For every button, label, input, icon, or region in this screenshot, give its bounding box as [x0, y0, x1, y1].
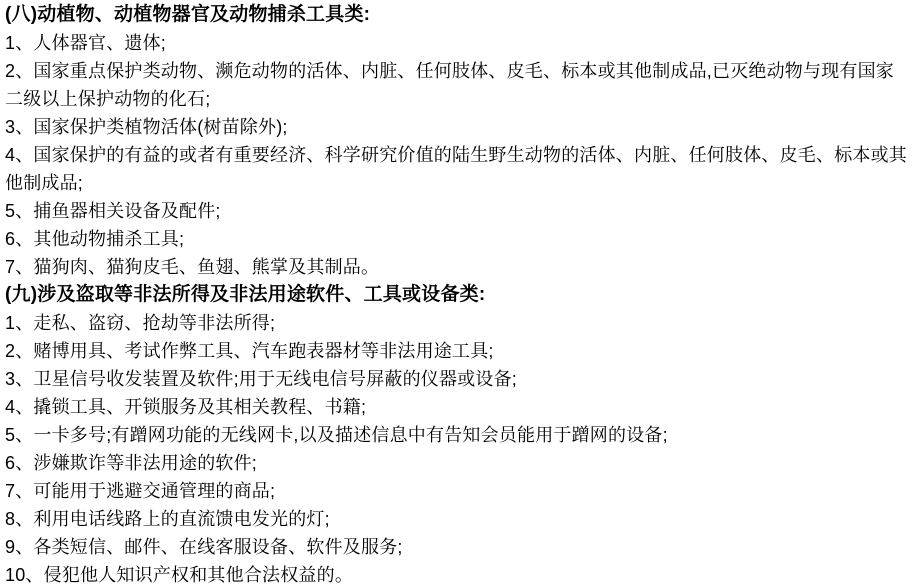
list-item-8-1: 1、人体器官、遗体; — [5, 29, 911, 57]
rules-document: (八)动植物、动植物器官及动物捕杀工具类: 1、人体器官、遗体; 2、国家重点保… — [0, 0, 919, 588]
list-item-8-2-cont: 二级以上保护动物的化石; — [5, 85, 911, 113]
list-item-8-4-cont: 他制成品; — [5, 169, 911, 197]
list-item-9-1: 1、走私、盗窃、抢劫等非法所得; — [5, 309, 911, 337]
list-item-9-2: 2、赌博用具、考试作弊工具、汽车跑表器材等非法用途工具; — [5, 337, 911, 365]
list-item-8-3: 3、国家保护类植物活体(树苗除外); — [5, 113, 911, 141]
list-item-9-3: 3、卫星信号收发装置及软件;用于无线电信号屏蔽的仪器或设备; — [5, 365, 911, 393]
list-item-8-2: 2、国家重点保护类动物、濒危动物的活体、内脏、任何肢体、皮毛、标本或其他制成品,… — [5, 57, 911, 85]
list-item-9-7: 7、可能用于逃避交通管理的商品; — [5, 477, 911, 505]
list-item-8-4: 4、国家保护的有益的或者有重要经济、科学研究价值的陆生野生动物的活体、内脏、任何… — [5, 141, 911, 169]
section-heading-8: (八)动植物、动植物器官及动物捕杀工具类: — [5, 1, 911, 29]
section-heading-9: (九)涉及盗取等非法所得及非法用途软件、工具或设备类: — [5, 281, 911, 309]
list-item-8-7: 7、猫狗肉、猫狗皮毛、鱼翅、熊掌及其制品。 — [5, 253, 911, 281]
list-item-9-8: 8、利用电话线路上的直流馈电发光的灯; — [5, 505, 911, 533]
list-item-9-9: 9、各类短信、邮件、在线客服设备、软件及服务; — [5, 533, 911, 561]
list-item-9-5: 5、一卡多号;有蹭网功能的无线网卡,以及描述信息中有告知会员能用于蹭网的设备; — [5, 421, 911, 449]
list-item-9-10: 10、侵犯他人知识产权和其他合法权益的。 — [5, 561, 911, 588]
list-item-9-6: 6、涉嫌欺诈等非法用途的软件; — [5, 449, 911, 477]
list-item-8-5: 5、捕鱼器相关设备及配件; — [5, 197, 911, 225]
list-item-8-6: 6、其他动物捕杀工具; — [5, 225, 911, 253]
list-item-9-4: 4、撬锁工具、开锁服务及其相关教程、书籍; — [5, 393, 911, 421]
